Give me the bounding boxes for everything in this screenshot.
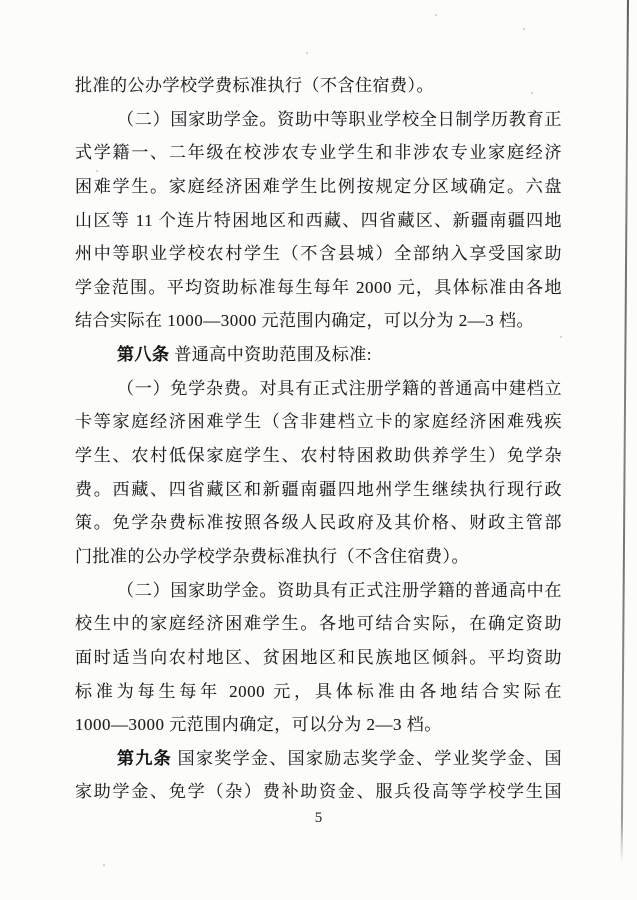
line-text: 1000—3000 元范围内确定，可以分为 2—3 档。 (75, 715, 442, 734)
document-line: 卡等家庭经济困难学生（含非建档立卡的家庭经济困难残疾 (75, 405, 562, 439)
scan-speck (531, 92, 533, 94)
line-text: 国家奖学金、国家励志奖学金、学业奖学金、国 (172, 749, 562, 768)
scan-speck (560, 336, 562, 338)
line-text: （二）国家助学金。资助具有正式注册学籍的普通高中在 (117, 581, 562, 600)
document-line: 式学籍一、二年级在校涉农专业学生和非涉农专业家庭经济 (75, 136, 562, 170)
document-line: 策。免学杂费标准按照各级人民政府及其价格、财政主管部 (75, 506, 562, 540)
document-line: 标准为每生每年 2000 元，具体标准由各地结合实际在 (75, 675, 562, 709)
line-text: 普通高中资助范围及标准: (170, 345, 372, 364)
line-text: 标准为每生每年 2000 元，具体标准由各地结合实际在 (75, 682, 562, 701)
document-line: 批准的公办学校学费标准执行（不含住宿费）。 (75, 69, 562, 103)
line-text: 式学籍一、二年级在校涉农专业学生和非涉农专业家庭经济 (75, 143, 562, 162)
line-text: 结合实际在 1000—3000 元范围内确定，可以分为 2—3 档。 (75, 311, 534, 330)
line-text: 策。免学杂费标准按照各级人民政府及其价格、财政主管部 (75, 513, 562, 532)
page-number: 5 (0, 810, 637, 827)
scan-line-artifact (621, 0, 629, 864)
line-text: 卡等家庭经济困难学生（含非建档立卡的家庭经济困难残疾 (75, 412, 562, 431)
scan-speck (306, 52, 308, 54)
scanned-document-page: 批准的公办学校学费标准执行（不含住宿费）。（二）国家助学金。资助中等职业学校全日… (0, 0, 637, 900)
document-line: 面时适当向农村地区、贫困地区和民族地区倾斜。平均资助 (75, 641, 562, 675)
document-line: （二）国家助学金。资助具有正式注册学籍的普通高中在 (75, 574, 562, 608)
document-line: 学生、农村低保家庭学生、农村特困救助供养学生）免学杂 (75, 439, 562, 473)
scan-speck (435, 14, 437, 16)
scan-speck (103, 864, 105, 866)
document-line: （二）国家助学金。资助中等职业学校全日制学历教育正 (75, 103, 562, 137)
article-number: 第八条 (117, 345, 170, 364)
scan-speck (330, 762, 332, 764)
document-line: 困难学生。家庭经济困难学生比例按规定分区域确定。六盘 (75, 170, 562, 204)
document-line: （一）免学杂费。对具有正式注册学籍的普通高中建档立 (75, 372, 562, 406)
document-line: 州中等职业学校农村学生（不含县城）全部纳入享受国家助 (75, 237, 562, 271)
line-text: 学金范围。平均资助标准每生每年 2000 元，具体标准由各地 (75, 278, 562, 297)
line-text: 费。西藏、四省藏区和新疆南疆四地州学生继续执行现行政 (75, 480, 562, 499)
line-text: 州中等职业学校农村学生（不含县城）全部纳入享受国家助 (75, 244, 562, 263)
document-line: 结合实际在 1000—3000 元范围内确定，可以分为 2—3 档。 (75, 304, 562, 338)
article-number: 第九条 (117, 749, 172, 768)
document-line: 家助学金、免学（杂）费补助资金、服兵役高等学校学生国 (75, 775, 562, 809)
line-text: 面时适当向农村地区、贫困地区和民族地区倾斜。平均资助 (75, 648, 562, 667)
line-text: 家助学金、免学（杂）费补助资金、服兵役高等学校学生国 (75, 782, 562, 801)
document-line: 第九条 国家奖学金、国家励志奖学金、学业奖学金、国 (75, 742, 562, 776)
line-text: （一）免学杂费。对具有正式注册学籍的普通高中建档立 (117, 379, 562, 398)
document-line: 门批准的公办学校学杂费标准执行（不含住宿费）。 (75, 540, 562, 574)
line-text: 校生中的家庭经济困难学生。各地可结合实际，在确定资助 (75, 614, 562, 633)
line-text: 学生、农村低保家庭学生、农村特困救助供养学生）免学杂 (75, 446, 562, 465)
line-text: 门批准的公办学校学杂费标准执行（不含住宿费）。 (75, 547, 469, 566)
document-line: 第八条 普通高中资助范围及标准: (75, 338, 562, 372)
line-text: 批准的公办学校学费标准执行（不含住宿费）。 (75, 76, 434, 95)
scan-speck (96, 170, 98, 172)
scan-speck (523, 28, 525, 30)
document-line: 山区等 11 个连片特困地区和西藏、四省藏区、新疆南疆四地 (75, 204, 562, 238)
document-line: 校生中的家庭经济困难学生。各地可结合实际，在确定资助 (75, 607, 562, 641)
line-text: 山区等 11 个连片特困地区和西藏、四省藏区、新疆南疆四地 (75, 211, 562, 230)
line-text: 困难学生。家庭经济困难学生比例按规定分区域确定。六盘 (75, 177, 562, 196)
document-line: 1000—3000 元范围内确定，可以分为 2—3 档。 (75, 708, 562, 742)
text-block: 批准的公办学校学费标准执行（不含住宿费）。（二）国家助学金。资助中等职业学校全日… (75, 69, 562, 809)
document-line: 学金范围。平均资助标准每生每年 2000 元，具体标准由各地 (75, 271, 562, 305)
line-text: （二）国家助学金。资助中等职业学校全日制学历教育正 (117, 110, 562, 129)
document-line: 费。西藏、四省藏区和新疆南疆四地州学生继续执行现行政 (75, 473, 562, 507)
